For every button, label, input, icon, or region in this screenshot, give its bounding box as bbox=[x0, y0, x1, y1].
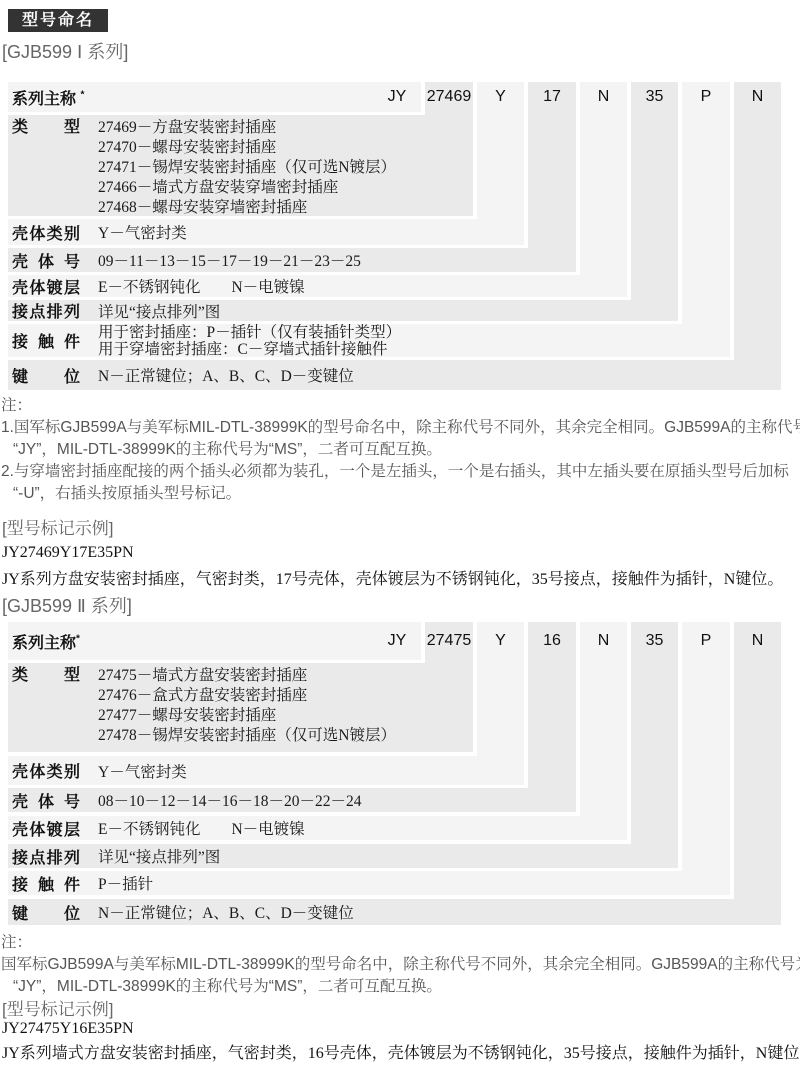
note-line: 国军标GJB599A与美军标MIL-DTL-38999K的型号命名中，除主称代号… bbox=[1, 954, 800, 976]
row-contacts: 接触件 用于密封插座：P－插针（仅有装插针类型） 用于穿墙密封插座：C－穿墙式插… bbox=[8, 324, 730, 357]
row-shell-class: 壳体类别 Y－气密封类 bbox=[8, 756, 524, 785]
type-line: 27476－盒式方盘安装密封插座 bbox=[98, 686, 396, 706]
row-label: 接触件 bbox=[12, 329, 80, 352]
row-shell-size: 壳体号 09－11－13－15－17－19－21－23－25 bbox=[8, 248, 576, 272]
code-cell: JY bbox=[373, 622, 421, 660]
designation-table-series-2: 系列主称* 类型 27475－墙式方盘安装密封插座 27476－盒式方盘安装密封… bbox=[8, 622, 781, 925]
designation-table-series-1: 系列主称 * 类型 27469－方盘安装密封插座 27470－螺母安装密封插座 … bbox=[8, 82, 781, 390]
row-content: 用于密封插座：P－插针（仅有装插针类型） 用于穿墙密封插座：C－穿墙式插针接触件 bbox=[98, 324, 401, 358]
column-stripe bbox=[580, 82, 627, 297]
type-line: 27478－锡焊安装密封插座（仅可选N镀层） bbox=[98, 726, 396, 746]
asterisk: * bbox=[80, 89, 84, 100]
column-stripe bbox=[734, 82, 781, 390]
row-contact-arrangement: 接点排列 详见“接点排列”图 bbox=[8, 844, 678, 868]
column-stripe bbox=[734, 622, 781, 925]
example-header: [型号标记示例] bbox=[2, 514, 113, 539]
code-cell: 35 bbox=[631, 622, 678, 660]
type-line: 27471－锡焊安装密封插座（仅可选N镀层） bbox=[98, 158, 396, 178]
row-content: Y－气密封类 bbox=[98, 221, 187, 243]
example-code: JY27475Y16E35PN bbox=[2, 1020, 134, 1038]
type-line: 27475－墙式方盘安装密封插座 bbox=[98, 666, 396, 686]
row-content: N－正常键位；A、B、C、D－变键位 bbox=[98, 364, 354, 386]
section-header-series-1: [GJB599 Ⅰ 系列] bbox=[2, 38, 128, 64]
example-code: JY27469Y17E35PN bbox=[2, 544, 134, 562]
row-content: N－正常键位；A、B、C、D－变键位 bbox=[98, 901, 354, 923]
row-contact-arrangement: 接点排列 详见“接点排列”图 bbox=[8, 300, 678, 321]
row-content: Y－气密封类 bbox=[98, 760, 187, 782]
row-label: 壳体类别 bbox=[12, 221, 80, 244]
row-content: 详见“接点排列”图 bbox=[98, 845, 220, 867]
code-cell: JY bbox=[373, 82, 421, 112]
row-content: 08－10－12－14－16－18－20－22－24 bbox=[98, 789, 362, 811]
code-cell: Y bbox=[477, 622, 524, 660]
row-label: 键位 bbox=[12, 364, 80, 387]
row-label: 系列主称 * bbox=[12, 86, 98, 109]
code-cell: P bbox=[682, 622, 730, 660]
column-stripe bbox=[631, 82, 678, 321]
notes-title: 注： bbox=[1, 932, 800, 954]
row-label: 接点排列 bbox=[12, 845, 80, 868]
column-stripe bbox=[682, 82, 730, 357]
type-line: 27470－螺母安装密封插座 bbox=[98, 138, 396, 158]
code-cell: P bbox=[682, 82, 730, 112]
asterisk: * bbox=[76, 633, 80, 644]
type-line: 27468－螺母安装穿墙密封插座 bbox=[98, 198, 396, 218]
row-label: 壳体号 bbox=[12, 249, 80, 272]
code-cell: N bbox=[734, 622, 781, 660]
row-shell-plating: 壳体镀层 E－不锈钢钝化 N－电镀镍 bbox=[8, 275, 627, 297]
row-content: E－不锈钢钝化 N－电镀镍 bbox=[98, 275, 305, 297]
column-stripe bbox=[682, 622, 730, 895]
type-line: 27469－方盘安装密封插座 bbox=[98, 118, 396, 138]
row-shell-plating: 壳体镀层 E－不锈钢钝化 N－电镀镍 bbox=[8, 816, 627, 840]
contact-line: 用于密封插座：P－插针（仅有装插针类型） bbox=[98, 324, 401, 341]
row-label: 壳体类别 bbox=[12, 759, 80, 782]
row-content: 27475－墙式方盘安装密封插座 27476－盒式方盘安装密封插座 27477－… bbox=[98, 666, 396, 746]
row-label: 壳体镀层 bbox=[12, 275, 80, 298]
row-label: 键位 bbox=[12, 901, 80, 924]
type-line: 27466－墙式方盘安装穿墙密封插座 bbox=[98, 178, 396, 198]
section-header-series-2: [GJB599 Ⅱ 系列] bbox=[2, 592, 132, 618]
note-line: 1.国军标GJB599A与美军标MIL-DTL-38999K的型号命名中，除主称… bbox=[1, 417, 800, 439]
row-label: 系列主称* bbox=[12, 630, 98, 653]
note-line: “JY”，MIL-DTL-38999K的主称代号为“MS”，二者可互配互换。 bbox=[1, 976, 800, 998]
note-line: “-U”，右插头按原插头型号标记。 bbox=[1, 483, 800, 505]
code-cell: N bbox=[734, 82, 781, 112]
row-label: 类型 bbox=[12, 118, 80, 138]
example-description: JY系列墙式方盘安装密封插座，气密封类，16号壳体，壳体镀层为不锈钢钝化，35号… bbox=[2, 1040, 800, 1063]
row-label: 接触件 bbox=[12, 872, 80, 895]
row-series-name: 系列主称* bbox=[8, 622, 421, 660]
code-cell: 35 bbox=[631, 82, 678, 112]
title-badge: 型号命名 bbox=[8, 9, 108, 32]
code-cell: N bbox=[580, 82, 627, 112]
row-contacts: 接触件 P－插针 bbox=[8, 871, 730, 895]
row-keying: 键位 N－正常键位；A、B、C、D－变键位 bbox=[8, 899, 781, 925]
notes-title: 注： bbox=[1, 395, 800, 417]
code-cell: 27475 bbox=[425, 622, 473, 660]
note-line: 2.与穿墙密封插座配接的两个插头必须都为装孔，一个是左插头，一个是右插头，其中左… bbox=[1, 461, 800, 483]
row-content: E－不锈钢钝化 N－电镀镍 bbox=[98, 817, 305, 839]
row-content: 详见“接点排列”图 bbox=[98, 300, 220, 322]
row-label: 类型 bbox=[12, 666, 80, 686]
code-cell: 27469 bbox=[425, 82, 473, 112]
contact-line: 用于穿墙密封插座：C－穿墙式插针接触件 bbox=[98, 341, 401, 358]
code-cell: 17 bbox=[528, 82, 576, 112]
code-cell: N bbox=[580, 622, 627, 660]
row-series-name: 系列主称 * bbox=[8, 82, 421, 112]
row-type: 类型 27475－墙式方盘安装密封插座 27476－盒式方盘安装密封插座 274… bbox=[8, 663, 473, 752]
row-content: 27469－方盘安装密封插座 27470－螺母安装密封插座 27471－锡焊安装… bbox=[98, 118, 396, 218]
row-label: 壳体号 bbox=[12, 789, 80, 812]
code-cell: Y bbox=[477, 82, 524, 112]
example-description: JY系列方盘安装密封插座，气密封类，17号壳体，壳体镀层为不锈钢钝化，35号接点… bbox=[2, 566, 783, 589]
example-header: [型号标记示例] bbox=[2, 995, 113, 1020]
row-label: 壳体镀层 bbox=[12, 817, 80, 840]
row-content: P－插针 bbox=[98, 872, 153, 894]
row-keying: 键位 N－正常键位；A、B、C、D－变键位 bbox=[8, 360, 781, 390]
notes-series-2: 注： 国军标GJB599A与美军标MIL-DTL-38999K的型号命名中，除主… bbox=[1, 932, 800, 998]
row-content: 09－11－13－15－17－19－21－23－25 bbox=[98, 249, 361, 271]
notes-series-1: 注： 1.国军标GJB599A与美军标MIL-DTL-38999K的型号命名中，… bbox=[1, 395, 800, 505]
document-page: 型号命名 [GJB599 Ⅰ 系列] 系列主称 * 类型 27469－方盘安装密… bbox=[0, 0, 800, 1065]
row-shell-size: 壳体号 08－10－12－14－16－18－20－22－24 bbox=[8, 788, 576, 812]
type-line: 27477－螺母安装密封插座 bbox=[98, 706, 396, 726]
row-label: 接点排列 bbox=[12, 299, 80, 322]
row-type: 类型 27469－方盘安装密封插座 27470－螺母安装密封插座 27471－锡… bbox=[8, 115, 473, 216]
row-shell-class: 壳体类别 Y－气密封类 bbox=[8, 219, 524, 245]
code-cell: 16 bbox=[528, 622, 576, 660]
note-line: “JY”，MIL-DTL-38999K的主称代号为“MS”，二者可互配互换。 bbox=[1, 439, 800, 461]
